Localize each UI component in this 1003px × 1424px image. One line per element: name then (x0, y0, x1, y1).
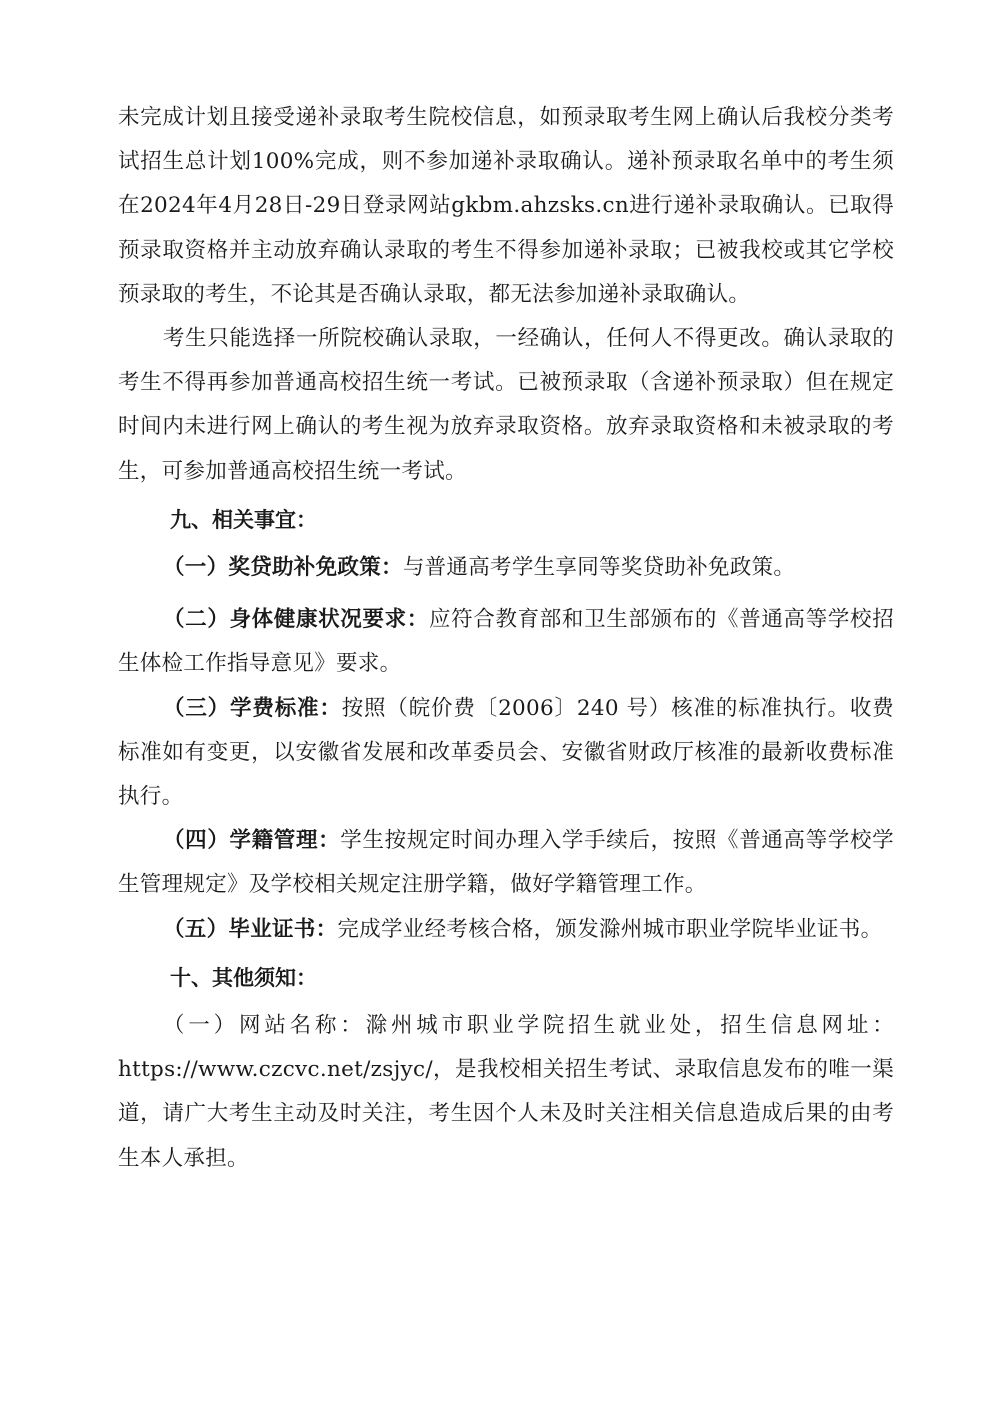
item-website-info: （一）网站名称：滁州城市职业学院招生就业处，招生信息网址：https://www… (118, 1004, 894, 1181)
paragraph-supplementary-admission: 未完成计划且接受递补录取考生院校信息，如预录取考生网上确认后我校分类考试招生总计… (118, 96, 894, 317)
item-lead: （四）学籍管理： (163, 828, 340, 853)
item-lead: （三）学费标准： (163, 696, 342, 721)
item-lead: （一）奖贷助补免政策： (163, 555, 403, 580)
item-graduation-certificate: （五）毕业证书：完成学业经考核合格，颁发滁州城市职业学院毕业证书。 (118, 908, 894, 952)
item-health-requirements: （二）身体健康状况要求：应符合教育部和卫生部颁布的《普通高等学校招生体检工作指导… (118, 598, 894, 686)
item-lead: （二）身体健康状况要求： (163, 607, 429, 632)
item-tuition-standard: （三）学费标准：按照（皖价费〔2006〕240 号）核准的标准执行。收费标准如有… (118, 687, 894, 820)
section-heading-other-notes: 十、其他须知： (118, 956, 894, 1000)
item-lead: （五）毕业证书： (163, 917, 337, 942)
item-student-status: （四）学籍管理：学生按规定时间办理入学手续后，按照《普通高等学校学生管理规定》及… (118, 819, 894, 907)
section-heading-related-matters: 九、相关事宜： (118, 498, 894, 542)
paragraph-confirmation-rules: 考生只能选择一所院校确认录取，一经确认，任何人不得更改。确认录取的考生不得再参加… (118, 317, 894, 494)
item-financial-aid: （一）奖贷助补免政策：与普通高考学生享同等奖贷助补免政策。 (118, 546, 894, 590)
document-page: 未完成计划且接受递补录取考生院校信息，如预录取考生网上确认后我校分类考试招生总计… (118, 96, 894, 1181)
item-text: 与普通高考学生享同等奖贷助补免政策。 (403, 555, 795, 580)
item-text: 完成学业经考核合格，颁发滁州城市职业学院毕业证书。 (337, 917, 882, 942)
